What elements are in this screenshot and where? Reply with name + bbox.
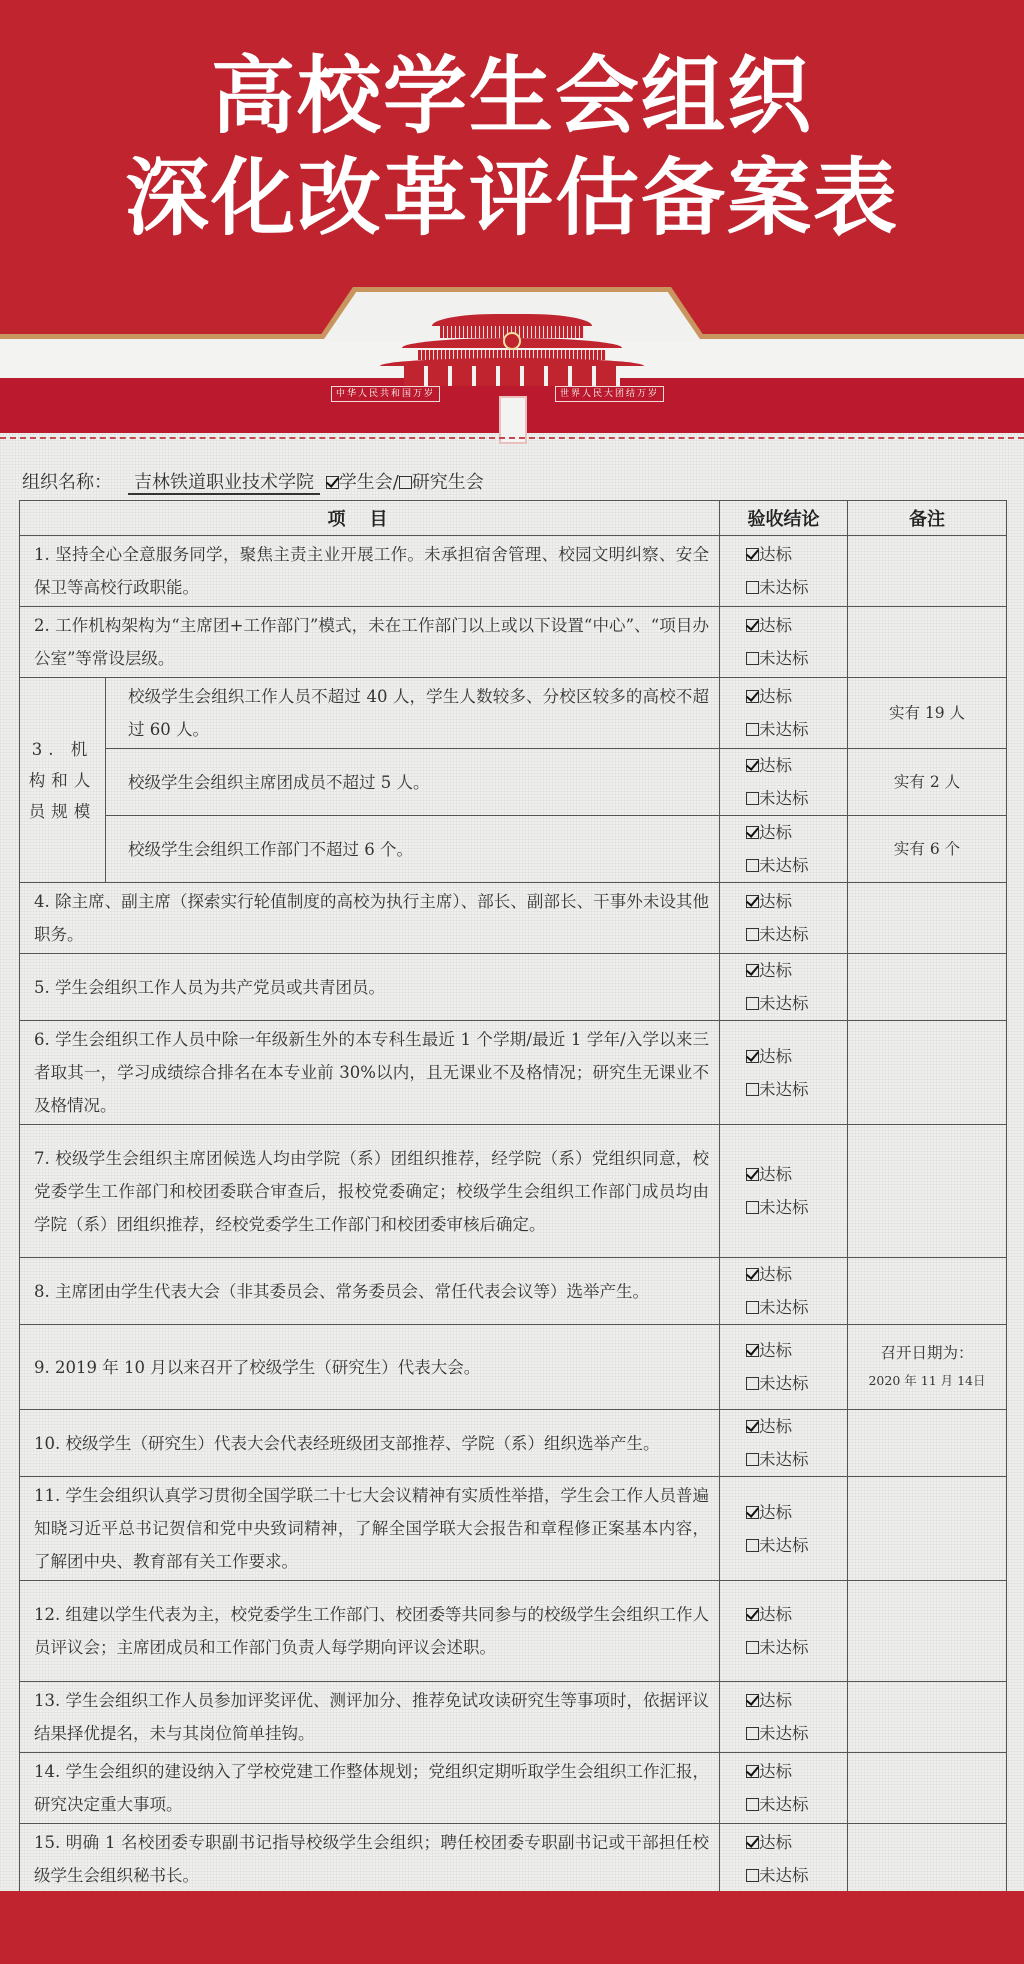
option-fail[interactable]: 未达标 <box>746 1717 847 1750</box>
option-fail[interactable]: 未达标 <box>746 918 847 951</box>
table-row: 1. 坚持全心全意服务同学，聚焦主责主业开展工作。未承担宿舍管理、校园文明纠察、… <box>20 536 1007 607</box>
note-cell <box>848 1410 1007 1477</box>
dashed-divider <box>0 437 1024 439</box>
option-fail-label: 未达标 <box>759 1298 809 1317</box>
option-fail-label: 未达标 <box>759 578 809 597</box>
note-text: 实有 19 人 <box>849 700 1005 727</box>
checkbox-pass[interactable] <box>746 1344 759 1357</box>
option-fail-label: 未达标 <box>759 1724 809 1743</box>
table-row: 校级学生会组织工作部门不超过 6 个。达标未达标实有 6 个 <box>20 816 1007 883</box>
option-pass[interactable]: 达标 <box>746 538 847 571</box>
option-pass-label: 达标 <box>759 756 792 775</box>
table-row: 14. 学生会组织的建设纳入了学校党建工作整体规划；党组织定期听取学生会组织工作… <box>20 1753 1007 1824</box>
table-row: 3. 机构和人员规模校级学生会组织工作人员不超过 40 人，学生人数较多、分校区… <box>20 678 1007 749</box>
option-fail[interactable]: 未达标 <box>746 1529 847 1562</box>
note-text: 实有 6 个 <box>849 836 1005 863</box>
option-pass[interactable]: 达标 <box>746 680 847 713</box>
option-pass-label: 达标 <box>759 1341 792 1360</box>
note-cell <box>848 1824 1007 1895</box>
checkbox-pass[interactable] <box>746 1268 759 1281</box>
item-text: 7. 校级学生会组织主席团候选人均由学院（系）团组织推荐，经学院（系）党组织同意… <box>20 1125 720 1258</box>
option-pass[interactable]: 达标 <box>746 1598 847 1631</box>
option-student-union: 学生会 <box>339 472 393 493</box>
checkbox-fail[interactable] <box>746 1641 759 1654</box>
item-text: 14. 学生会组织的建设纳入了学校党建工作整体规划；党组织定期听取学生会组织工作… <box>20 1753 720 1824</box>
item-text: 11. 学生会组织认真学习贯彻全国学联二十七大会议精神有实质性举措，学生会工作人… <box>20 1477 720 1581</box>
result-cell: 达标未达标 <box>720 954 848 1021</box>
option-fail[interactable]: 未达标 <box>746 1859 847 1892</box>
note-cell <box>848 607 1007 678</box>
note-text: 实有 2 人 <box>849 769 1005 796</box>
result-cell: 达标未达标 <box>720 1581 848 1682</box>
option-fail[interactable]: 未达标 <box>746 849 847 882</box>
checkbox-fail[interactable] <box>746 859 759 872</box>
table-row: 校级学生会组织主席团成员不超过 5 人。达标未达标实有 2 人 <box>20 749 1007 816</box>
result-cell: 达标未达标 <box>720 1682 848 1753</box>
option-fail[interactable]: 未达标 <box>746 713 847 746</box>
option-pass[interactable]: 达标 <box>746 1755 847 1788</box>
item-text: 13. 学生会组织工作人员参加评奖评优、测评加分、推荐免试攻读研究生等事项时，依… <box>20 1682 720 1753</box>
option-graduate-union: 研究生会 <box>412 472 484 493</box>
checkbox-pass[interactable] <box>746 895 759 908</box>
table-row: 12. 组建以学生代表为主，校党委学生工作部门、校团委等共同参与的校级学生会组织… <box>20 1581 1007 1682</box>
option-pass[interactable]: 达标 <box>746 1826 847 1859</box>
option-fail[interactable]: 未达标 <box>746 1443 847 1476</box>
result-cell: 达标未达标 <box>720 1258 848 1325</box>
checkbox-pass[interactable] <box>746 619 759 632</box>
option-pass-label: 达标 <box>759 1417 792 1436</box>
option-fail[interactable]: 未达标 <box>746 782 847 815</box>
table-row: 8. 主席团由学生代表大会（非其委员会、常务委员会、常任代表会议等）选举产生。达… <box>20 1258 1007 1325</box>
result-cell: 达标未达标 <box>720 816 848 883</box>
item-text: 9. 2019 年 10 月以来召开了校级学生（研究生）代表大会。 <box>20 1325 720 1410</box>
checkbox-fail[interactable] <box>746 997 759 1010</box>
item-text: 4. 除主席、副主席（探索实行轮值制度的高校为执行主席）、部长、副部长、干事外未… <box>20 883 720 954</box>
item-text: 8. 主席团由学生代表大会（非其委员会、常务委员会、常任代表会议等）选举产生。 <box>20 1258 720 1325</box>
result-cell: 达标未达标 <box>720 607 848 678</box>
checkbox-fail[interactable] <box>746 1727 759 1740</box>
result-cell: 达标未达标 <box>720 1125 848 1258</box>
checkbox-pass[interactable] <box>746 759 759 772</box>
checkbox-pass[interactable] <box>746 1506 759 1519</box>
page-title-line1: 高校学生会组织 <box>0 46 1024 146</box>
option-pass-label: 达标 <box>759 616 792 635</box>
option-pass-label: 达标 <box>759 1503 792 1522</box>
checkbox-fail[interactable] <box>746 1539 759 1552</box>
result-cell: 达标未达标 <box>720 1824 848 1895</box>
table-row: 13. 学生会组织工作人员参加评奖评优、测评加分、推荐免试攻读研究生等事项时，依… <box>20 1682 1007 1753</box>
checkbox-student-union[interactable] <box>326 476 339 489</box>
item-text: 校级学生会组织工作部门不超过 6 个。 <box>106 816 720 883</box>
option-pass[interactable]: 达标 <box>746 1496 847 1529</box>
option-pass[interactable]: 达标 <box>746 749 847 782</box>
option-pass[interactable]: 达标 <box>746 885 847 918</box>
slogan-left: 中华人民共和国万岁 <box>331 386 440 402</box>
note-cell <box>848 1477 1007 1581</box>
item-text: 2. 工作机构架构为“主席团+工作部门”模式，未在工作部门以上或以下设置“中心”… <box>20 607 720 678</box>
result-cell: 达标未达标 <box>720 678 848 749</box>
option-fail-label: 未达标 <box>759 925 809 944</box>
result-cell: 达标未达标 <box>720 749 848 816</box>
option-fail-label: 未达标 <box>759 720 809 739</box>
org-label: 组织名称： <box>22 472 112 493</box>
option-fail[interactable]: 未达标 <box>746 642 847 675</box>
option-pass[interactable]: 达标 <box>746 609 847 642</box>
option-pass-label: 达标 <box>759 545 792 564</box>
option-pass-label: 达标 <box>759 823 792 842</box>
option-fail-label: 未达标 <box>759 1450 809 1469</box>
checkbox-fail[interactable] <box>746 723 759 736</box>
option-fail[interactable]: 未达标 <box>746 1191 847 1224</box>
table-row: 6. 学生会组织工作人员中除一年级新生外的本专科生最近 1 个学期/最近 1 学… <box>20 1021 1007 1125</box>
checkbox-pass[interactable] <box>746 1694 759 1707</box>
checkbox-fail[interactable] <box>746 1083 759 1096</box>
checkbox-pass[interactable] <box>746 826 759 839</box>
checkbox-pass[interactable] <box>746 690 759 703</box>
table-row: 2. 工作机构架构为“主席团+工作部门”模式，未在工作部门以上或以下设置“中心”… <box>20 607 1007 678</box>
option-fail[interactable]: 未达标 <box>746 987 847 1020</box>
table-row: 7. 校级学生会组织主席团候选人均由学院（系）团组织推荐，经学院（系）党组织同意… <box>20 1125 1007 1258</box>
result-cell: 达标未达标 <box>720 1325 848 1410</box>
table-row: 5. 学生会组织工作人员为共产党员或共青团员。达标未达标 <box>20 954 1007 1021</box>
item-text: 15. 明确 1 名校团委专职副书记指导校级学生会组织；聘任校团委专职副书记或干… <box>20 1824 720 1895</box>
option-fail-label: 未达标 <box>759 649 809 668</box>
header-note: 备注 <box>848 501 1007 536</box>
option-fail-label: 未达标 <box>759 1638 809 1657</box>
option-fail-label: 未达标 <box>759 856 809 875</box>
header-item: 项目 <box>20 501 720 536</box>
result-cell: 达标未达标 <box>720 1477 848 1581</box>
option-pass-label: 达标 <box>759 892 792 911</box>
header-result: 验收结论 <box>720 501 848 536</box>
option-pass-label: 达标 <box>759 1762 792 1781</box>
option-pass-label: 达标 <box>759 1833 792 1852</box>
checkbox-graduate-union[interactable] <box>399 476 412 489</box>
note-cell: 实有 19 人 <box>848 678 1007 749</box>
option-pass[interactable]: 达标 <box>746 1684 847 1717</box>
item-text: 12. 组建以学生代表为主，校党委学生工作部门、校团委等共同参与的校级学生会组织… <box>20 1581 720 1682</box>
checkbox-fail[interactable] <box>746 1301 759 1314</box>
option-fail-label: 未达标 <box>759 994 809 1013</box>
checkbox-fail[interactable] <box>746 1869 759 1882</box>
option-fail-label: 未达标 <box>759 789 809 808</box>
option-fail-label: 未达标 <box>759 1198 809 1217</box>
option-pass[interactable]: 达标 <box>746 1040 847 1073</box>
note-cell <box>848 1258 1007 1325</box>
tiananmen-gate-icon <box>380 300 644 440</box>
result-cell: 达标未达标 <box>720 1753 848 1824</box>
option-fail[interactable]: 未达标 <box>746 1291 847 1324</box>
checkbox-pass[interactable] <box>746 548 759 561</box>
checkbox-fail[interactable] <box>746 792 759 805</box>
checkbox-pass[interactable] <box>746 1168 759 1181</box>
note-cell <box>848 954 1007 1021</box>
option-pass-label: 达标 <box>759 1265 792 1284</box>
checkbox-fail[interactable] <box>746 581 759 594</box>
table-row: 11. 学生会组织认真学习贯彻全国学联二十七大会议精神有实质性举措，学生会工作人… <box>20 1477 1007 1581</box>
checkbox-pass[interactable] <box>746 1608 759 1621</box>
group-label: 3. 机构和人员规模 <box>20 678 106 883</box>
table-row: 9. 2019 年 10 月以来召开了校级学生（研究生）代表大会。达标未达标召开… <box>20 1325 1007 1410</box>
checkbox-fail[interactable] <box>746 928 759 941</box>
checkbox-pass[interactable] <box>746 1836 759 1849</box>
page-title-line2: 深化改革评估备案表 <box>0 148 1024 248</box>
national-emblem-icon <box>503 332 521 350</box>
option-pass-label: 达标 <box>759 1691 792 1710</box>
note-cell <box>848 1021 1007 1125</box>
option-fail-label: 未达标 <box>759 1374 809 1393</box>
note-cell <box>848 883 1007 954</box>
option-fail-label: 未达标 <box>759 1536 809 1555</box>
option-fail[interactable]: 未达标 <box>746 1073 847 1106</box>
option-pass-label: 达标 <box>759 1047 792 1066</box>
organization-line: 组织名称：吉林铁道职业技术学院 学生会/研究生会 <box>22 468 484 495</box>
note-cell <box>848 536 1007 607</box>
option-pass-label: 达标 <box>759 1605 792 1624</box>
item-text: 校级学生会组织主席团成员不超过 5 人。 <box>106 749 720 816</box>
option-fail-label: 未达标 <box>759 1866 809 1885</box>
item-text: 10. 校级学生（研究生）代表大会代表经班级团支部推荐、学院（系）组织选举产生。 <box>20 1410 720 1477</box>
result-cell: 达标未达标 <box>720 883 848 954</box>
option-pass[interactable]: 达标 <box>746 1410 847 1443</box>
option-pass[interactable]: 达标 <box>746 1334 847 1367</box>
result-cell: 达标未达标 <box>720 536 848 607</box>
table-row: 10. 校级学生（研究生）代表大会代表经班级团支部推荐、学院（系）组织选举产生。… <box>20 1410 1007 1477</box>
checkbox-fail[interactable] <box>746 1201 759 1214</box>
option-pass-label: 达标 <box>759 1165 792 1184</box>
option-fail[interactable]: 未达标 <box>746 571 847 604</box>
note-cell <box>848 1753 1007 1824</box>
result-cell: 达标未达标 <box>720 1410 848 1477</box>
item-text: 5. 学生会组织工作人员为共产党员或共青团员。 <box>20 954 720 1021</box>
table-row: 15. 明确 1 名校团委专职副书记指导校级学生会组织；聘任校团委专职副书记或干… <box>20 1824 1007 1895</box>
checkbox-pass[interactable] <box>746 1420 759 1433</box>
checkbox-fail[interactable] <box>746 1453 759 1466</box>
note-cell <box>848 1581 1007 1682</box>
item-text: 1. 坚持全心全意服务同学，聚焦主责主业开展工作。未承担宿舍管理、校园文明纠察、… <box>20 536 720 607</box>
checkbox-fail[interactable] <box>746 1377 759 1390</box>
option-pass[interactable]: 达标 <box>746 1158 847 1191</box>
note-cell: 实有 2 人 <box>848 749 1007 816</box>
item-text: 6. 学生会组织工作人员中除一年级新生外的本专科生最近 1 个学期/最近 1 学… <box>20 1021 720 1125</box>
note-text: 召开日期为： <box>849 1340 1005 1367</box>
note-cell: 实有 6 个 <box>848 816 1007 883</box>
checkbox-fail[interactable] <box>746 652 759 665</box>
note-cell: 召开日期为：2020 年 11 月 14日 <box>848 1325 1007 1410</box>
option-fail[interactable]: 未达标 <box>746 1367 847 1400</box>
checkbox-pass[interactable] <box>746 1050 759 1063</box>
table-header-row: 项目 验收结论 备注 <box>20 501 1007 536</box>
option-fail[interactable]: 未达标 <box>746 1631 847 1664</box>
note-cell <box>848 1682 1007 1753</box>
option-fail-label: 未达标 <box>759 1080 809 1099</box>
item-text: 校级学生会组织工作人员不超过 40 人，学生人数较多、分校区较多的高校不超过 6… <box>106 678 720 749</box>
option-pass-label: 达标 <box>759 687 792 706</box>
checkbox-pass[interactable] <box>746 1765 759 1778</box>
slogan-right: 世界人民大团结万岁 <box>555 386 664 402</box>
result-cell: 达标未达标 <box>720 1021 848 1125</box>
option-pass[interactable]: 达标 <box>746 816 847 849</box>
checkbox-pass[interactable] <box>746 964 759 977</box>
footer-band <box>0 1891 1024 1964</box>
option-pass[interactable]: 达标 <box>746 1258 847 1291</box>
option-pass[interactable]: 达标 <box>746 954 847 987</box>
option-pass-label: 达标 <box>759 961 792 980</box>
table-row: 4. 除主席、副主席（探索实行轮值制度的高校为执行主席）、部长、副部长、干事外未… <box>20 883 1007 954</box>
checkbox-fail[interactable] <box>746 1798 759 1811</box>
note-cell <box>848 1125 1007 1258</box>
evaluation-table: 项目 验收结论 备注 1. 坚持全心全意服务同学，聚焦主责主业开展工作。未承担宿… <box>19 500 1007 1895</box>
option-fail-label: 未达标 <box>759 1795 809 1814</box>
option-fail[interactable]: 未达标 <box>746 1788 847 1821</box>
note-date: 2020 年 11 月 14日 <box>849 1367 1005 1394</box>
org-name: 吉林铁道职业技术学院 <box>128 473 320 495</box>
